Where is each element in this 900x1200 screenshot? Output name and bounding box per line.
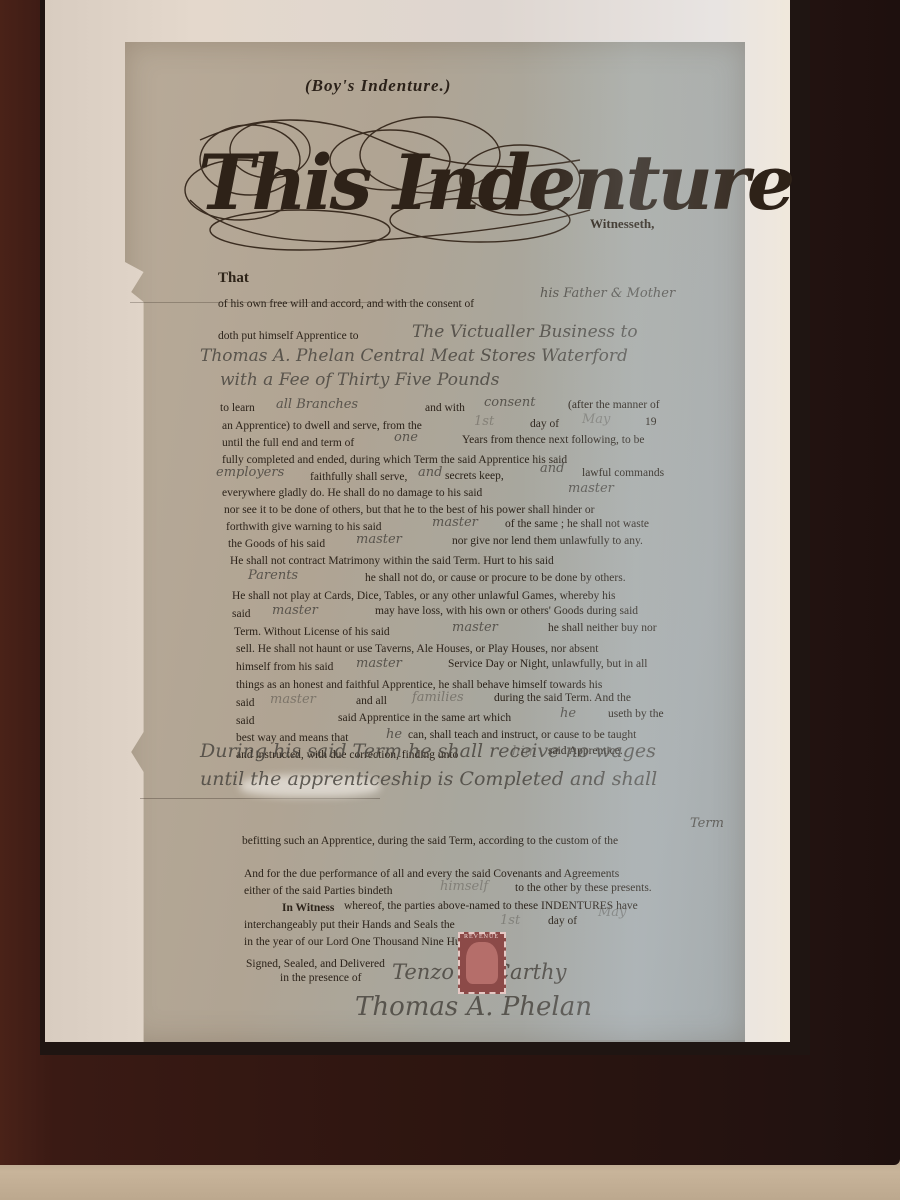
handwritten-start-month: May bbox=[582, 412, 610, 427]
handwritten-term: one bbox=[394, 430, 418, 445]
printed-line: useth by the bbox=[608, 708, 664, 720]
printed-line: doth put himself Apprentice to bbox=[218, 330, 359, 342]
handwritten-master: master bbox=[270, 692, 316, 707]
printed-line: said Apprentice in the same art which bbox=[338, 712, 511, 724]
printed-line: day of bbox=[548, 915, 577, 927]
printed-line: befitting such an Apprentice, during the… bbox=[242, 835, 618, 847]
handwritten-term-word: Term bbox=[690, 816, 724, 831]
printed-line: Term. Without License of his said bbox=[234, 626, 390, 638]
printed-line: nor give nor lend them unlawfully to any… bbox=[452, 535, 643, 547]
printed-line: of the same ; he shall not waste bbox=[505, 518, 649, 530]
handwritten-clause-line-1: During his said Term he shall receive no… bbox=[200, 740, 656, 762]
handwritten-master: master bbox=[356, 656, 402, 671]
printed-line: said bbox=[236, 715, 255, 727]
printed-line: faithfully shall serve, bbox=[310, 471, 407, 483]
printed-line: everywhere gladly do. He shall do no dam… bbox=[222, 487, 482, 499]
stamp-figure-icon bbox=[466, 942, 498, 984]
printed-line: nor see it to be done of others, but tha… bbox=[224, 504, 594, 516]
printed-line: Years from thence next following, to be bbox=[462, 434, 644, 446]
handwritten-consent: his Father & Mother bbox=[540, 286, 675, 301]
printed-line: said bbox=[236, 697, 255, 709]
printed-line: 19 bbox=[645, 416, 657, 428]
printed-line: of his own free will and accord, and wit… bbox=[218, 298, 474, 310]
stamp-label: REVENUE bbox=[464, 934, 499, 940]
handwritten-master: master bbox=[272, 603, 318, 618]
printed-line: to the other by these presents. bbox=[515, 882, 652, 894]
handwritten-and: and bbox=[418, 465, 442, 480]
printed-line: an Apprentice) to dwell and serve, from … bbox=[222, 420, 422, 432]
handwritten-master: master bbox=[432, 515, 478, 530]
printed-line: himself from his said bbox=[236, 661, 333, 673]
handwritten-families: families bbox=[412, 690, 464, 705]
printed-line: and with bbox=[425, 402, 465, 414]
handwritten-trade: all Branches bbox=[276, 397, 358, 412]
handwritten-master: master bbox=[356, 532, 402, 547]
printed-line: In Witness bbox=[282, 902, 334, 914]
handwritten-and-2: and bbox=[540, 461, 564, 476]
handwritten-he: he bbox=[560, 706, 576, 721]
handwritten-employers: employers bbox=[216, 465, 284, 480]
handwritten-witness-day: 1st bbox=[500, 913, 520, 928]
printed-line: in the presence of bbox=[280, 972, 361, 984]
handwritten-start-day: 1st bbox=[474, 414, 494, 429]
printed-line: during the said Term. And the bbox=[494, 692, 631, 704]
printed-line: until the full end and term of bbox=[222, 437, 354, 449]
handwritten-master: master bbox=[452, 620, 498, 635]
handwritten-clause-line-2: until the apprenticeship is Completed an… bbox=[200, 768, 657, 790]
handwritten-business: The Victualler Business to bbox=[412, 322, 638, 342]
printed-line: the Goods of his said bbox=[228, 538, 325, 550]
revenue-stamp: REVENUE bbox=[458, 932, 506, 994]
printed-line: sell. He shall not haunt or use Taverns,… bbox=[236, 643, 598, 655]
printed-line: lawful commands bbox=[582, 467, 664, 479]
printed-line: Signed, Sealed, and Delivered bbox=[246, 958, 385, 970]
printed-line: (after the manner of bbox=[568, 399, 660, 411]
printed-line: he shall neither buy nor bbox=[548, 622, 657, 634]
printed-line: secrets keep, bbox=[445, 470, 504, 482]
printed-line: Service Day or Night, unlawfully, but in… bbox=[448, 658, 648, 670]
that-label: That bbox=[218, 270, 249, 287]
printed-line: He shall not play at Cards, Dice, Tables… bbox=[232, 590, 616, 602]
printed-line: He shall not contract Matrimony within t… bbox=[230, 555, 554, 567]
printed-line: And for the due performance of all and e… bbox=[244, 868, 619, 880]
handwritten-fee: with a Fee of Thirty Five Pounds bbox=[220, 370, 500, 390]
handwritten-himself: himself bbox=[440, 879, 488, 894]
printed-line: either of the said Parties bindeth bbox=[244, 885, 393, 897]
witnesseth-label: Witnesseth, bbox=[590, 216, 654, 232]
document-title: This Indenture bbox=[198, 138, 792, 227]
printed-line: to learn bbox=[220, 402, 255, 414]
printed-line: interchangeably put their Hands and Seal… bbox=[244, 919, 455, 931]
handwritten-witness-month: May bbox=[598, 905, 626, 920]
handwritten-master: master bbox=[568, 481, 614, 496]
document-content: (Boy's Indenture.) This Indenture Witnes… bbox=[0, 0, 900, 1200]
printed-line: he shall not do, or cause or procure to … bbox=[365, 572, 626, 584]
printed-line: may have loss, with his own or others' G… bbox=[375, 605, 638, 617]
handwritten-consent-word: consent bbox=[484, 395, 535, 410]
printed-line: day of bbox=[530, 418, 559, 430]
printed-line: whereof, the parties above-named to thes… bbox=[344, 900, 638, 912]
handwritten-parents: Parents bbox=[248, 568, 298, 583]
handwritten-master-name: Thomas A. Phelan Central Meat Stores Wat… bbox=[200, 346, 628, 366]
printed-line: and all bbox=[356, 695, 387, 707]
printed-line: said bbox=[232, 608, 251, 620]
master-signature: Thomas A. Phelan bbox=[355, 992, 592, 1022]
document-type-label: (Boy's Indenture.) bbox=[305, 76, 451, 96]
